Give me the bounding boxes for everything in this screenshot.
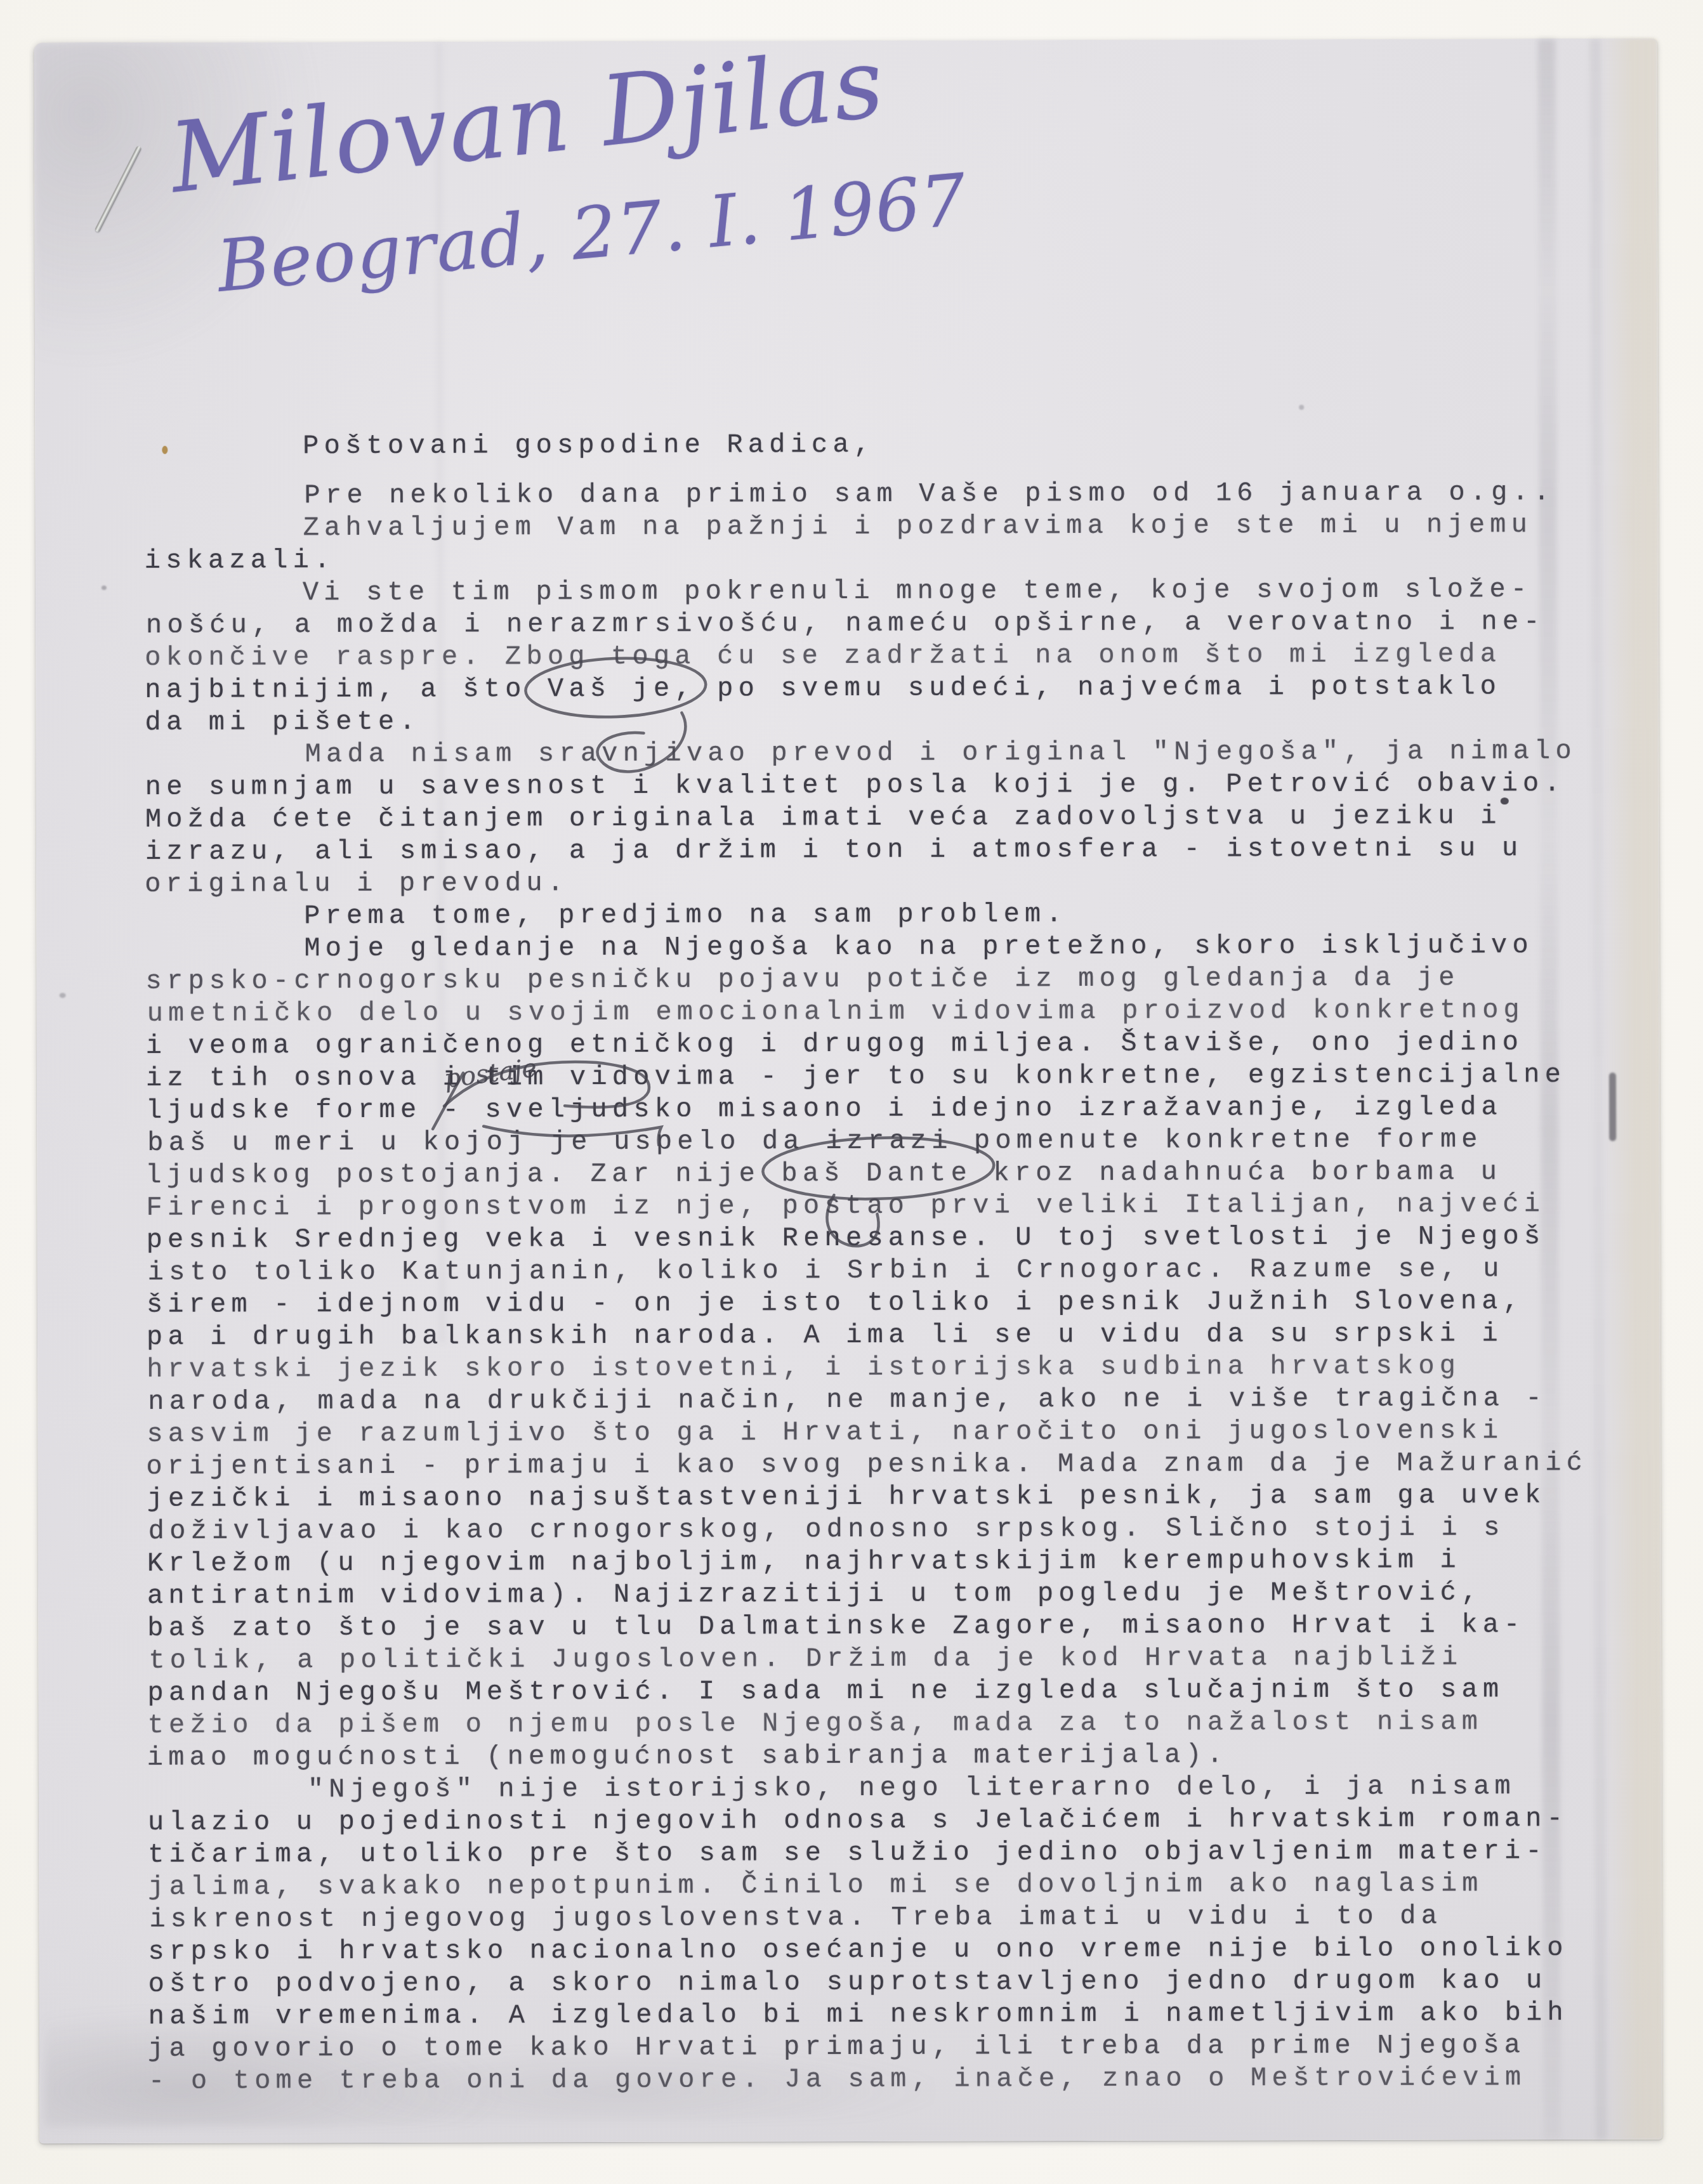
typed-line: "Njegoš" nije istorijsko, nego literarno…	[149, 1770, 1627, 1807]
typed-line: okončive raspre. Zbog toga ću se zadržat…	[145, 638, 1623, 674]
typed-line: doživljavao i kao crnogorskog, odnosno s…	[148, 1512, 1627, 1548]
letter-body: Poštovani gospodine Radica,Pre nekoliko …	[144, 427, 1627, 2098]
typed-line: naroda, mada na drukčiji način, ne manje…	[148, 1382, 1626, 1418]
typed-line: Poštovani gospodine Radica,	[144, 427, 1622, 463]
typed-line: orijentisani - primaju i kao svog pesnik…	[146, 1447, 1624, 1483]
scan-background: { "colors": { "background": "#f7f5f0", "…	[0, 0, 1703, 2184]
typed-line: hrvatski jezik skoro istovetni, i istori…	[147, 1350, 1625, 1386]
typed-line: antiratnim vidovima). Najizrazitiji u to…	[147, 1576, 1626, 1612]
typed-line: ne sumnjam u savesnost i kvalitet posla …	[145, 768, 1624, 804]
typed-line: umetničko delo u svojim emocionalnim vid…	[147, 994, 1626, 1030]
typed-line: Krležom (u njegovim najboljim, najhrvats…	[147, 1544, 1626, 1580]
typed-line: ljudskog postojanja. Zar nije baš Dante …	[145, 1156, 1624, 1192]
typed-line: sasvim je razumljivo što ga i Hrvati, na…	[147, 1415, 1625, 1451]
typed-line: Moje gledanje na Njegoša kao na pretežno…	[145, 929, 1624, 965]
typed-line: najbitnijim, a što Vaš je, po svemu sude…	[145, 670, 1623, 707]
typed-line: Firenci i progonstvom iz nje, postao prv…	[146, 1188, 1624, 1224]
paper-fleck	[60, 993, 66, 998]
typed-line: Možda ćete čitanjem originala imati veća…	[145, 800, 1624, 836]
typed-line: imao mogućnosti (nemogućnost sabiranja m…	[147, 1738, 1626, 1774]
typed-line: Pre nekoliko dana primio sam Vaše pismo …	[145, 476, 1624, 513]
typed-line: izrazu, ali smisao, a ja držim i ton i a…	[145, 832, 1624, 868]
typed-line: težio da pišem o njemu posle Njegoša, ma…	[148, 1706, 1626, 1742]
typed-line: našim vremenima. A izgledalo bi mi neskr…	[148, 1997, 1627, 2033]
typed-line: ljudske forme - sveljudsko misaono i ide…	[146, 1091, 1624, 1127]
typed-line: tolik, a politički Jugosloven. Držim da …	[148, 1641, 1627, 1677]
typed-line: Vi ste tim pismom pokrenuli mnoge teme, …	[144, 573, 1622, 610]
typed-line: ulazio u pojedinosti njegovih odnosa s J…	[148, 1803, 1626, 1839]
typed-line: iskrenost njegovog jugoslovenstva. Treba…	[149, 1900, 1627, 1936]
typed-line: isto toliko Katunjanin, koliko i Srbin i…	[148, 1253, 1626, 1289]
typed-line: Zahvaljujem Vam na pažnji i pozdravima k…	[145, 509, 1623, 545]
typed-line: srpsko-crnogorsku pesničku pojavu potiče…	[145, 962, 1624, 998]
typed-line: Prema tome, predjimo na sam problem.	[145, 897, 1624, 933]
typed-line: nošću, a možda i nerazmrsivošću, nameću …	[146, 606, 1624, 642]
typed-line: oštro podvojeno, a skoro nimalo suprotst…	[148, 1965, 1627, 2001]
typed-line: pa i drugih balkanskih naroda. A ima li …	[147, 1318, 1625, 1354]
paper-fleck	[1299, 405, 1304, 410]
typed-line: jalima, svakako nepotpunim. Činilo mi se…	[148, 1867, 1626, 1904]
typed-line: srpsko i hrvatsko nacionalno osećanje u …	[148, 1932, 1626, 1968]
typed-line: širem - idejnom vidu - on je isto toliko…	[147, 1285, 1625, 1321]
typed-line: i veoma ograničenog etničkog i drugog mi…	[146, 1026, 1624, 1063]
typed-line: pandan Njegošu Meštrović. I sada mi ne i…	[147, 1673, 1626, 1710]
typed-line: iskazali.	[145, 541, 1623, 577]
pin-icon	[95, 145, 142, 232]
typed-line: baš zato što je sav u tlu Dalmatinske Za…	[147, 1609, 1626, 1645]
typed-line: Mada nisam sravnjivao prevod i original …	[147, 735, 1625, 771]
typed-line: - o tome treba oni da govore. Ja sam, in…	[148, 2062, 1627, 2098]
paper-fleck	[102, 585, 107, 590]
typed-line: iz tih osnova i tim vidovima - jer to su…	[146, 1059, 1624, 1095]
letter-page: Milovan Djilas Beograd, 27. I. 1967 Pošt…	[34, 39, 1663, 2144]
typed-line: pesnik Srednjeg veka i vesnik Renesanse.…	[147, 1220, 1625, 1257]
typed-line: baš u meri u kojoj je uspelo da izrazi p…	[147, 1123, 1626, 1160]
typed-line: ja govorio o tome kako Hrvati primaju, i…	[148, 2029, 1626, 2065]
typed-line: originalu i prevodu.	[145, 865, 1623, 901]
typed-line: jezički i misaono najsuštastveniji hrvat…	[147, 1479, 1626, 1515]
typed-line: tičarima, utoliko pre što sam se služio …	[148, 1835, 1626, 1871]
typed-line: da mi pišete.	[145, 703, 1623, 739]
